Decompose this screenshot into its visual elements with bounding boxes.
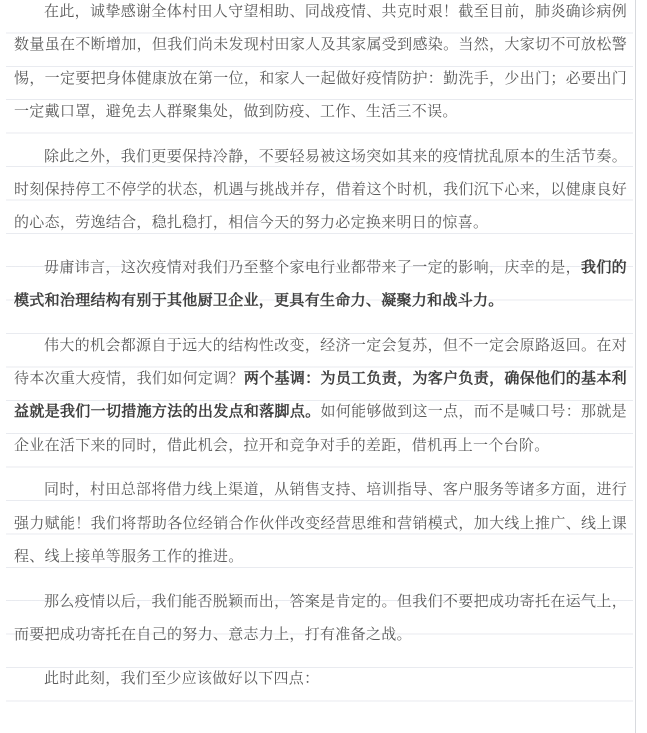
body-text: 同时，村田总部将借力线上渠道，从销售支持、培训指导、客户服务等诸多方面，进行强力…	[14, 481, 627, 565]
paragraph: 除此之外，我们更要保持冷静，不要轻易被这场突如其来的疫情扰乱原本的生活节奏。时刻…	[14, 140, 627, 240]
paragraph: 此时此刻，我们至少应该做好以下四点：	[14, 662, 627, 695]
paragraph-list: 在此，诚挚感谢全体村田人守望相助、同战疫情、共克时艰！截至目前，肺炎确诊病例数量…	[0, 0, 636, 696]
article-body: 在此，诚挚感谢全体村田人守望相助、同战疫情、共克时艰！截至目前，肺炎确诊病例数量…	[0, 0, 636, 733]
body-text: 此时此刻，我们至少应该做好以下四点：	[44, 670, 319, 687]
body-text: 毋庸讳言，这次疫情对我们乃至整个家电行业都带来了一定的影响，庆幸的是，	[44, 259, 581, 276]
paragraph: 毋庸讳言，这次疫情对我们乃至整个家电行业都带来了一定的影响，庆幸的是，我们的模式…	[14, 251, 627, 318]
content-right-border	[635, 0, 636, 733]
paragraph: 同时，村田总部将借力线上渠道，从销售支持、培训指导、客户服务等诸多方面，进行强力…	[14, 473, 627, 573]
body-text: 除此之外，我们更要保持冷静，不要轻易被这场突如其来的疫情扰乱原本的生活节奏。时刻…	[14, 148, 627, 232]
paragraph: 在此，诚挚感谢全体村田人守望相助、同战疫情、共克时艰！截至目前，肺炎确诊病例数量…	[14, 0, 627, 129]
paragraph: 伟大的机会都源自于远大的结构性改变，经济一定会复苏，但不一定会原路返回。在对待本…	[14, 329, 627, 463]
paragraph: 那么疫情以后，我们能否脱颖而出，答案是肯定的。但我们不要把成功寄托在运气上，而要…	[14, 585, 627, 652]
body-text: 那么疫情以后，我们能否脱颖而出，答案是肯定的。但我们不要把成功寄托在运气上，而要…	[14, 593, 627, 643]
body-text: 在此，诚挚感谢全体村田人守望相助、同战疫情、共克时艰！截至目前，肺炎确诊病例数量…	[14, 3, 627, 120]
